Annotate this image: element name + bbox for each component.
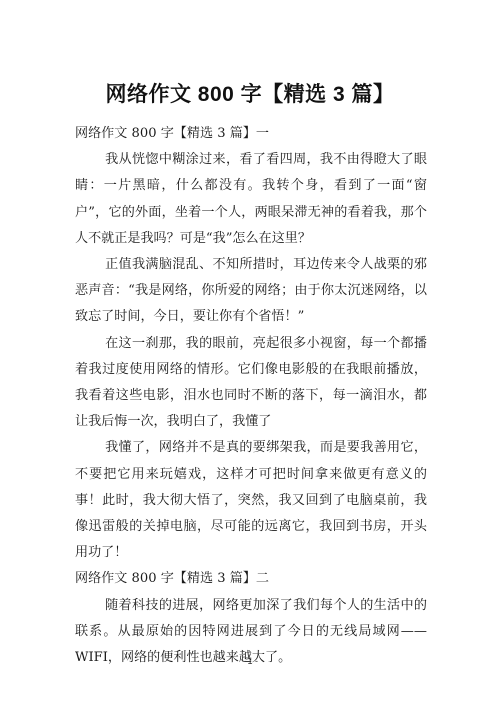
paragraph: 正值我满脑混乱、不知所措时，耳边传来令人战栗的邪恶声音：“我是网络，你所爱的网络… (75, 252, 427, 331)
paragraph: 我从恍惚中糊涂过来，看了看四周，我不由得瞪大了眼睛：一片黑暗，什么都没有。我转个… (75, 147, 427, 252)
section-heading-2: 网络作文 800 字【精选 3 篇】二 (75, 566, 427, 592)
section-heading-1: 网络作文 800 字【精选 3 篇】一 (75, 121, 427, 147)
paragraph: 我懂了，网络并不是真的要绑架我，而是要我善用它，不要把它用来玩嬉戏，这样才可把时… (75, 435, 427, 566)
document-page: 网络作文 800 字【精选 3 篇】 网络作文 800 字【精选 3 篇】一 我… (0, 0, 500, 707)
paragraph: 在这一刹那，我的眼前，亮起很多小视窗，每一个都播着我过度使用网络的情形。它们像电… (75, 331, 427, 436)
page-number: - 1 - (0, 656, 500, 666)
document-title: 网络作文 800 字【精选 3 篇】 (0, 78, 500, 108)
document-body: 网络作文 800 字【精选 3 篇】一 我从恍惚中糊涂过来，看了看四周，我不由得… (75, 121, 427, 671)
